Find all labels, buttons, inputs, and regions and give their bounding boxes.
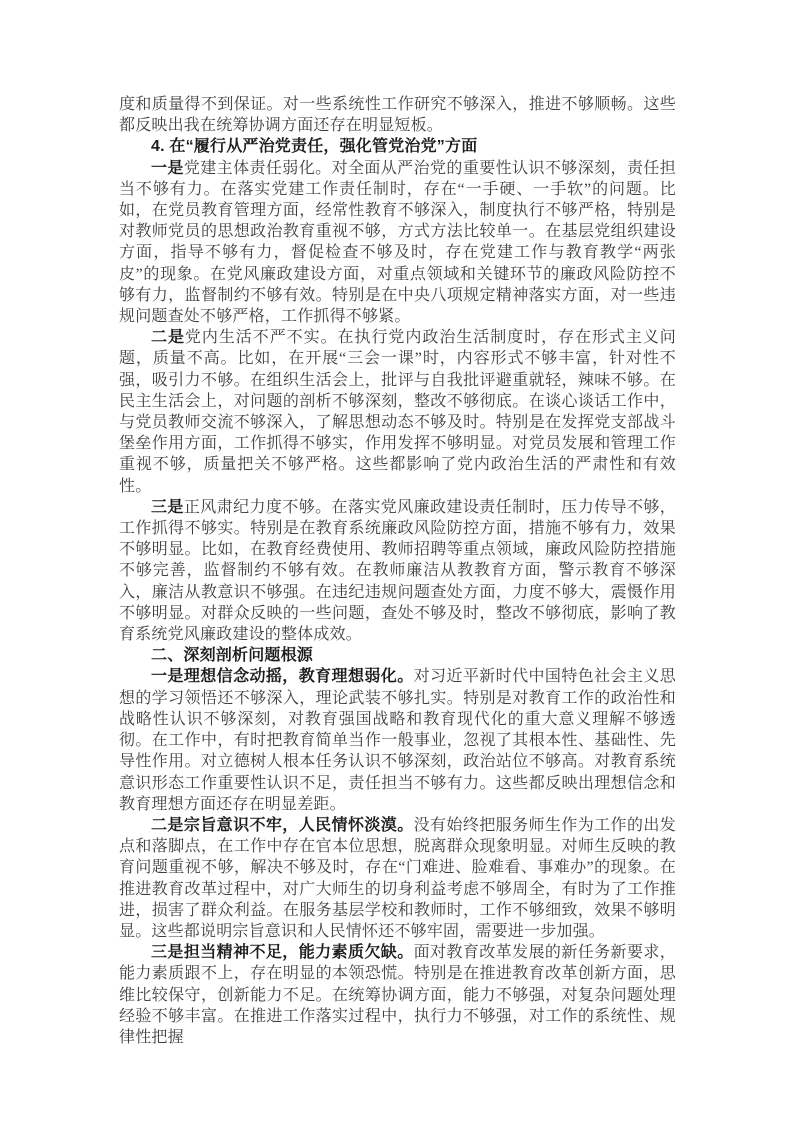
body-paragraph: 一是党建主体责任弱化。对全面从严治党的重要性认识不够深刻，责任担当不够有力。在落…: [119, 158, 676, 328]
paragraph-lead: 三是担当精神不足，能力素质欠缺。: [151, 944, 414, 961]
paragraph-lead: 一是理想信念动摇，教育理想弱化。: [151, 668, 414, 685]
paragraph-text: 党内生活不严不实。在执行党内政治生活制度时，存在形式主义问题，质量不高。比如，在…: [119, 329, 676, 494]
text-area: 度和质量得不到保证。对一些系统性工作研究不够深入，推进不够顺畅。这些都反映出我在…: [119, 94, 676, 1048]
paragraph-text: 没有始终把服务师生作为工作的出发点和落脚点，在工作中存在官本位思想，脱离群众现象…: [119, 817, 676, 940]
paragraph-text: 党建主体责任弱化。对全面从严治党的重要性认识不够深刻，责任担当不够有力。在落实党…: [119, 160, 676, 325]
paragraph-text: 度和质量得不到保证。对一些系统性工作研究不够深入，推进不够顺畅。这些都反映出我在…: [119, 96, 676, 134]
body-paragraph: 二是党内生活不严不实。在执行党内政治生活制度时，存在形式主义问题，质量不高。比如…: [119, 327, 676, 497]
body-paragraph: 度和质量得不到保证。对一些系统性工作研究不够深入，推进不够顺畅。这些都反映出我在…: [119, 94, 676, 136]
body-paragraph: 三是正风肃纪力度不够。在落实党风廉政建设责任制时，压力传导不够，工作抓得不够实。…: [119, 497, 676, 645]
section-heading: 4. 在“履行从严治党责任，强化管党治党”方面: [119, 136, 676, 157]
paragraph-lead: 一是: [151, 160, 184, 177]
document-page: 度和质量得不到保证。对一些系统性工作研究不够深入，推进不够顺畅。这些都反映出我在…: [0, 0, 793, 1122]
body-paragraph: 三是担当精神不足，能力素质欠缺。面对教育改革发展的新任务新要求，能力素质跟不上，…: [119, 942, 676, 1048]
paragraph-lead: 二是宗旨意识不牢，人民情怀淡漠。: [151, 817, 414, 834]
body-paragraph: 二是宗旨意识不牢，人民情怀淡漠。没有始终把服务师生作为工作的出发点和落脚点，在工…: [119, 815, 676, 942]
body-paragraph: 一是理想信念动摇，教育理想弱化。对习近平新时代中国特色社会主义思想的学习领悟还不…: [119, 666, 676, 814]
paragraph-lead: 三是: [151, 499, 184, 516]
section-heading: 二、深刻剖析问题根源: [119, 645, 676, 666]
heading-text: 4. 在“履行从严治党责任，强化管党治党”方面: [151, 138, 477, 155]
heading-text: 二、深刻剖析问题根源: [151, 647, 313, 664]
paragraph-text: 正风肃纪力度不够。在落实党风廉政建设责任制时，压力传导不够，工作抓得不够实。特别…: [119, 499, 676, 643]
paragraph-text: 对习近平新时代中国特色社会主义思想的学习领悟还不够深入，理论武装不够扎实。特别是…: [119, 668, 676, 812]
paragraph-lead: 二是: [151, 329, 185, 346]
